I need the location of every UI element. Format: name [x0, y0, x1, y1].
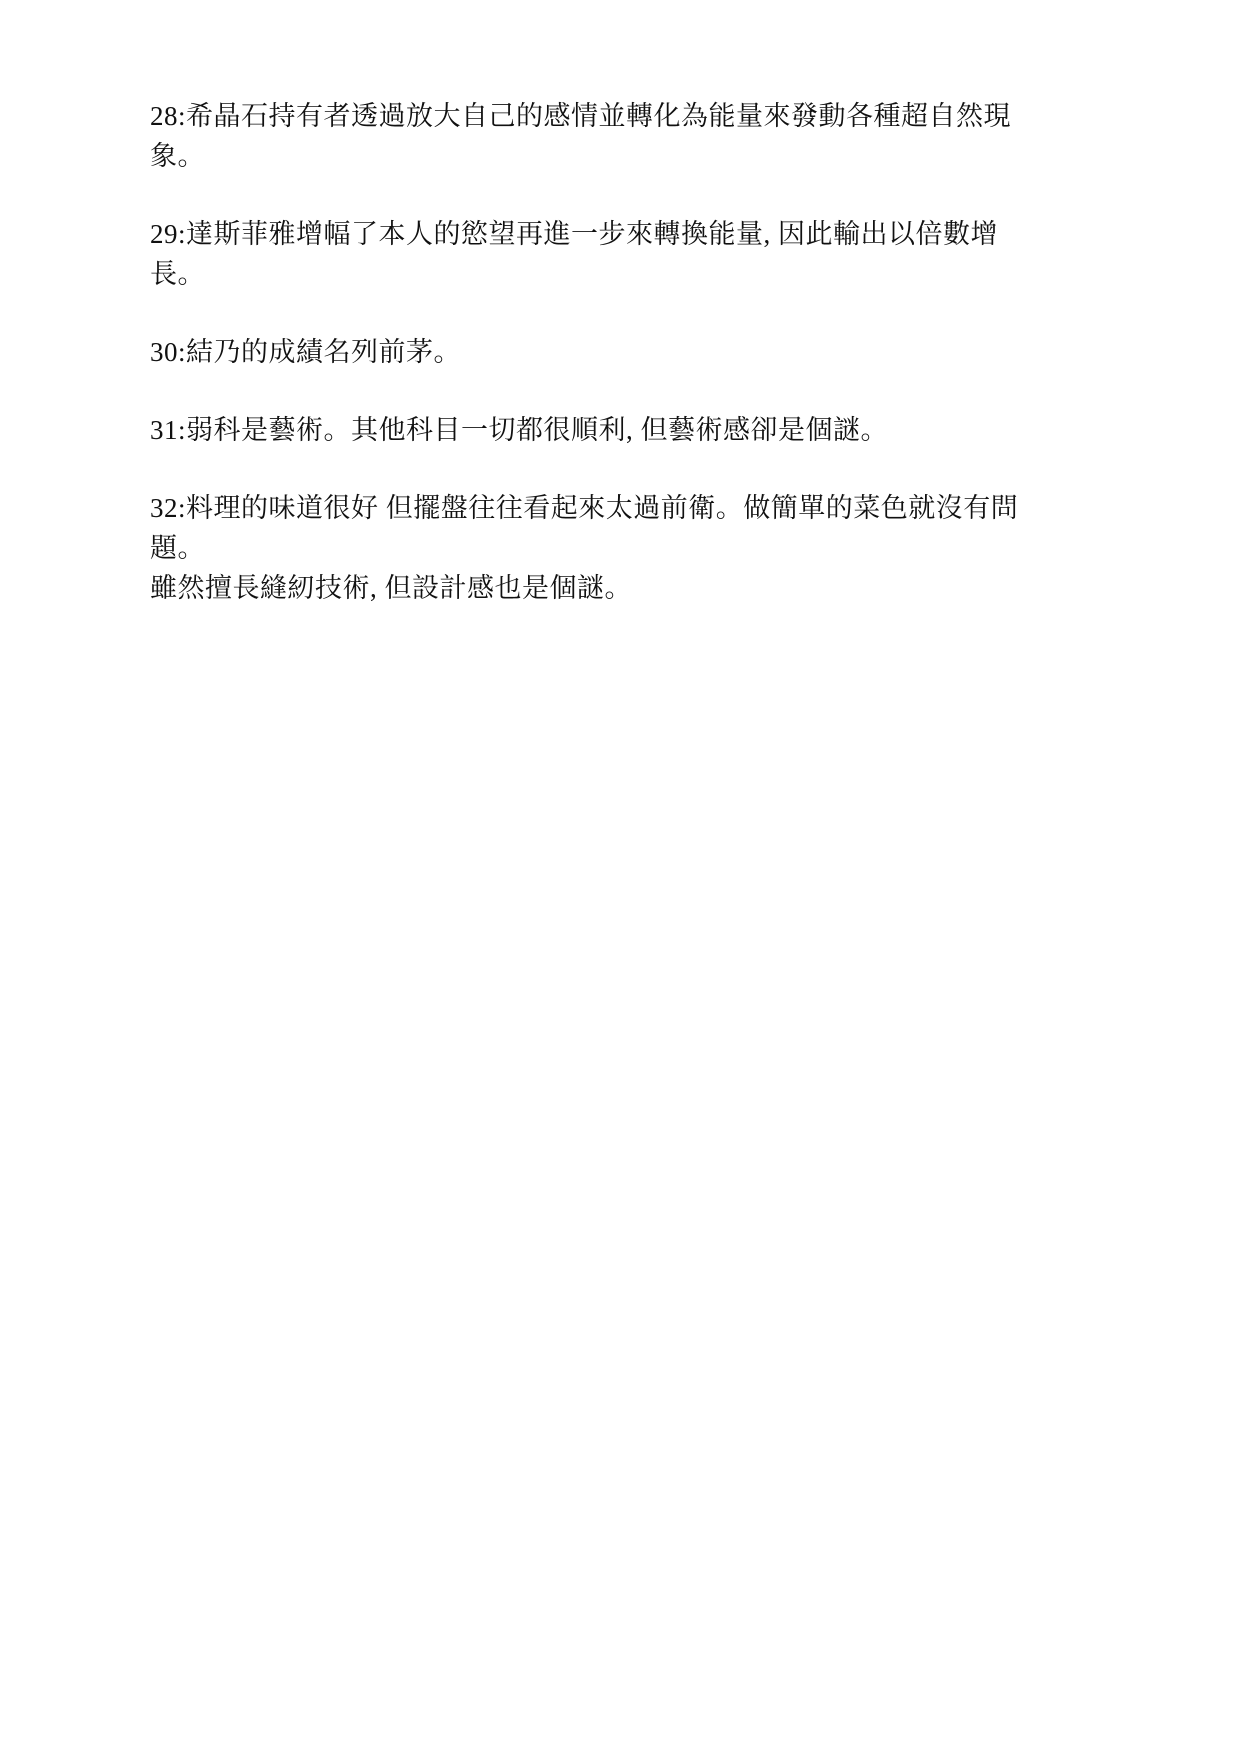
note-line: 長。 — [150, 254, 1100, 294]
note-31: 31:弱科是藝術。其他科目一切都很順利, 但藝術感卻是個謎。 — [150, 410, 1100, 450]
note-29: 29:達斯菲雅增幅了本人的慾望再進一步來轉換能量, 因此輸出以倍數增 長。 — [150, 214, 1100, 294]
note-line: 雖然擅長縫紉技術, 但設計感也是個謎。 — [150, 568, 1100, 608]
note-line: 32:料理的味道很好 但擺盤往往看起來太過前衛。做簡單的菜色就沒有問 — [150, 488, 1100, 528]
note-line: 29:達斯菲雅增幅了本人的慾望再進一步來轉換能量, 因此輸出以倍數增 — [150, 214, 1100, 254]
note-30: 30:結乃的成績名列前茅。 — [150, 332, 1100, 372]
note-32: 32:料理的味道很好 但擺盤往往看起來太過前衛。做簡單的菜色就沒有問 題。 雖然… — [150, 488, 1100, 608]
document-page: 28:希晶石持有者透過放大自己的感情並轉化為能量來發動各種超自然現 象。 29:… — [150, 96, 1100, 646]
note-line: 30:結乃的成績名列前茅。 — [150, 332, 1100, 372]
note-28: 28:希晶石持有者透過放大自己的感情並轉化為能量來發動各種超自然現 象。 — [150, 96, 1100, 176]
note-line: 28:希晶石持有者透過放大自己的感情並轉化為能量來發動各種超自然現 — [150, 96, 1100, 136]
note-line: 題。 — [150, 528, 1100, 568]
note-line: 象。 — [150, 136, 1100, 176]
note-line: 31:弱科是藝術。其他科目一切都很順利, 但藝術感卻是個謎。 — [150, 410, 1100, 450]
